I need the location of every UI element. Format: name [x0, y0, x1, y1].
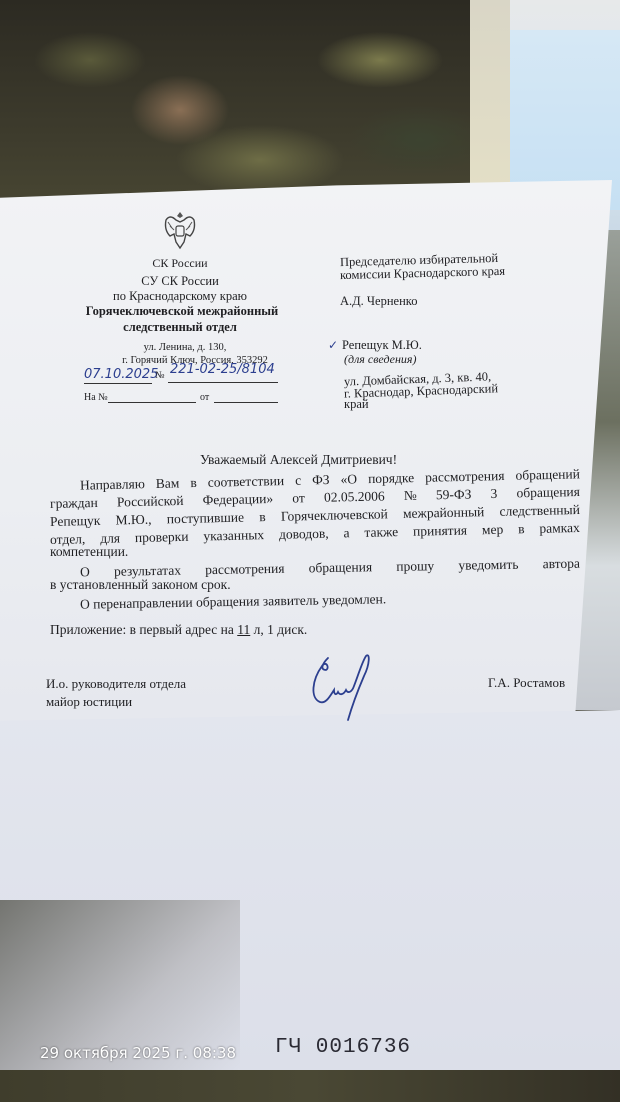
- photo-timestamp: 29 октября 2025 г. 08:38: [40, 1044, 236, 1062]
- word: рассмотрения: [425, 468, 505, 486]
- sender-address-line1: ул. Ленина, д. 130,: [100, 342, 270, 353]
- word: следственный: [499, 502, 580, 520]
- word: ФЗ: [312, 472, 330, 488]
- word: Направляю: [80, 476, 145, 493]
- number-label: №: [155, 370, 165, 381]
- check-mark-icon: ✓: [328, 338, 338, 352]
- recipient-name: А.Д. Черненко: [340, 294, 417, 309]
- attachment-suffix: л, 1 диск.: [250, 622, 307, 637]
- sender-org-line3: по Краснодарскому краю: [80, 289, 280, 304]
- attachment-prefix: Приложение: в первый адрес на: [50, 622, 237, 637]
- word: проверки: [135, 529, 189, 546]
- signer-position-line2: майор юстиции: [46, 694, 132, 710]
- word: Федерации»: [202, 491, 273, 509]
- handwritten-signature: [300, 650, 390, 730]
- body-p1-last: компетенции.: [50, 544, 128, 560]
- word: №: [404, 488, 417, 504]
- ref-number-underline: [108, 402, 196, 403]
- sender-org-line5: следственный отдел: [80, 320, 280, 335]
- attachment-sheet-count: 11: [237, 622, 250, 637]
- russian-coat-of-arms-icon: [160, 208, 200, 254]
- body-p2-last: в установленный законом срок.: [50, 577, 231, 593]
- sender-org-line4: Горячеключевской межрайонный: [62, 304, 302, 319]
- sender-org-line2: СУ СК России: [95, 274, 265, 289]
- word: в: [518, 521, 525, 537]
- word: автора: [543, 556, 581, 573]
- word: межрайонный: [403, 504, 485, 522]
- secondary-recipient-name: Репещук М.Ю.: [342, 338, 422, 353]
- secondary-address-line3: край: [344, 397, 369, 412]
- word: обращения: [516, 484, 580, 501]
- word: от: [292, 490, 305, 506]
- word: 3: [490, 486, 497, 502]
- word: Вам: [156, 475, 180, 492]
- word: граждан: [50, 495, 98, 512]
- signer-position-line1: И.о. руководителя отдела: [46, 676, 186, 692]
- word: с: [295, 473, 301, 489]
- handwritten-date: 07.10.2025: [84, 367, 158, 382]
- word: поступившие: [167, 510, 245, 528]
- word: обращений: [515, 466, 580, 483]
- salutation: Уважаемый Алексей Дмитриевич!: [200, 452, 397, 468]
- word: 59-ФЗ: [436, 486, 472, 503]
- word: Российской: [117, 493, 184, 511]
- word: доводов,: [279, 526, 329, 543]
- word: Горячеключевской: [281, 506, 388, 524]
- word: также: [364, 524, 398, 541]
- word: мер: [482, 522, 504, 538]
- word: в: [190, 475, 197, 491]
- ref-from-label: от: [200, 392, 209, 403]
- secondary-recipient-note: (для сведения): [344, 352, 417, 367]
- word: рамках: [539, 520, 580, 537]
- ref-date-underline: [214, 402, 278, 403]
- word: Репещук: [50, 513, 101, 530]
- word: в: [259, 509, 266, 525]
- word: прошу: [396, 558, 434, 575]
- number-underline: [168, 382, 278, 383]
- word: соответствии: [208, 473, 285, 491]
- word: принятия: [413, 523, 467, 540]
- signer-name: Г.А. Ростамов: [488, 675, 565, 691]
- handwritten-number: 221-02-25/8104: [170, 362, 275, 377]
- word: М.Ю.,: [115, 512, 151, 529]
- sender-org-line1: СК России: [100, 256, 260, 271]
- form-serial-number: ГЧ 0016736: [275, 1036, 411, 1059]
- word: указанных: [203, 527, 264, 544]
- ref-label: На №: [84, 392, 108, 403]
- word: уведомить: [458, 557, 518, 574]
- attachment-line: Приложение: в первый адрес на 11 л, 1 ди…: [50, 622, 307, 638]
- word: рассмотрения: [205, 561, 285, 578]
- date-underline: [84, 383, 152, 384]
- word: «О: [340, 471, 357, 487]
- word: 02.05.2006: [324, 488, 385, 505]
- word: а: [343, 525, 349, 541]
- word: обращения: [309, 559, 373, 576]
- word: порядке: [368, 470, 414, 487]
